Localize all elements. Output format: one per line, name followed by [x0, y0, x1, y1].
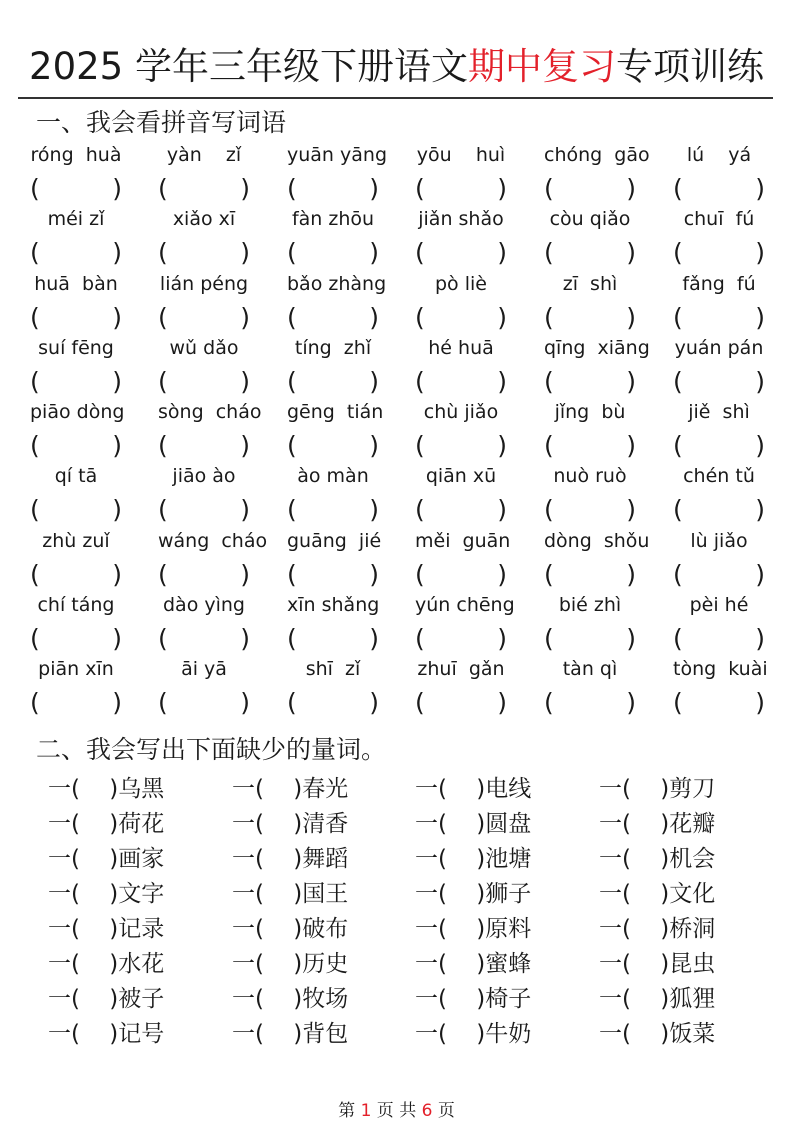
measure-word-noun: 乌黑 [118, 776, 164, 802]
answer-blank-open[interactable]: ( [415, 623, 425, 655]
answer-blank-open[interactable]: ( [673, 173, 683, 205]
pinyin-row: suí fēng()wǔ dǎo()tíng zhǐ()hé huā()qīng… [0, 333, 793, 397]
answer-blank-open[interactable]: ( [287, 559, 297, 591]
pinyin-text: āi yā [158, 656, 250, 682]
answer-blank-close[interactable]: ) [626, 687, 636, 719]
answer-blank-close[interactable]: ) [112, 366, 122, 398]
pinyin-item: qīng xiāng() [544, 333, 636, 397]
measure-word-noun: 记号 [118, 1021, 164, 1047]
pinyin-text: piān xīn [30, 656, 122, 682]
measure-word-noun: 牧场 [302, 986, 348, 1012]
measure-word-noun: 记录 [118, 916, 164, 942]
pinyin-item: sòng cháo() [158, 397, 250, 461]
pinyin-text: pò liè [415, 271, 507, 297]
answer-blank-open[interactable]: ( [158, 302, 168, 334]
answer-blank-open[interactable]: ( [544, 173, 554, 205]
pinyin-item: pò liè() [415, 269, 507, 333]
measure-word-blank[interactable]: 一( ) [232, 811, 302, 837]
answer-blank-open[interactable]: ( [287, 430, 297, 462]
answer-blank-open[interactable]: ( [30, 173, 40, 205]
answer-blank-close[interactable]: ) [112, 430, 122, 462]
pinyin-text: huā bàn [30, 271, 122, 297]
measure-word-noun: 国王 [302, 881, 348, 907]
answer-blank-close[interactable]: ) [240, 559, 250, 591]
measure-word-blank[interactable]: 一( ) [599, 846, 669, 872]
pinyin-text: ào màn [287, 463, 379, 489]
measure-word-item[interactable]: 一( )被子 [48, 982, 164, 1016]
answer-blank-close[interactable]: ) [626, 623, 636, 655]
answer-blank-close[interactable]: ) [369, 623, 379, 655]
answer-blank-close[interactable]: ) [626, 366, 636, 398]
pinyin-text: měi guān [415, 528, 507, 554]
pinyin-text: lù jiǎo [673, 528, 765, 554]
answer-blank-close[interactable]: ) [112, 173, 122, 205]
answer-blank-close[interactable]: ) [497, 623, 507, 655]
answer-blank-open[interactable]: ( [30, 559, 40, 591]
pinyin-text: shī zǐ [287, 656, 379, 682]
measure-word-noun: 狐狸 [669, 986, 715, 1012]
pinyin-item: dòng shǒu() [544, 526, 636, 590]
measure-word-item[interactable]: 一( )饭菜 [599, 1017, 715, 1051]
answer-blank-open[interactable]: ( [544, 623, 554, 655]
pinyin-item: nuò ruò() [544, 461, 636, 525]
pinyin-item: wǔ dǎo() [158, 333, 250, 397]
answer-blank-open[interactable]: ( [158, 173, 168, 205]
pinyin-item: tíng zhǐ() [287, 333, 379, 397]
answer-blank-open[interactable]: ( [158, 237, 168, 269]
answer-blank-open[interactable]: ( [673, 366, 683, 398]
measure-word-noun: 椅子 [485, 986, 531, 1012]
measure-word-blank[interactable]: 一( ) [599, 951, 669, 977]
page-footer: 第 1 页 共 6 页 [0, 1099, 793, 1122]
measure-word-blank[interactable]: 一( ) [48, 916, 118, 942]
answer-blank-open[interactable]: ( [673, 237, 683, 269]
pinyin-text: qīng xiāng [544, 335, 636, 361]
answer-blank-open[interactable]: ( [415, 430, 425, 462]
pinyin-item: fàn zhōu() [287, 204, 379, 268]
measure-word-noun: 饭菜 [669, 1021, 715, 1047]
measure-word-blank[interactable]: 一( ) [48, 846, 118, 872]
pinyin-item: jiāo ào() [158, 461, 250, 525]
answer-blank-close[interactable]: ) [497, 430, 507, 462]
measure-word-noun: 文字 [118, 881, 164, 907]
measure-word-noun: 花瓣 [669, 811, 715, 837]
answer-blank-close[interactable]: ) [112, 302, 122, 334]
measure-word-blank[interactable]: 一( ) [232, 881, 302, 907]
pinyin-text: jiāo ào [158, 463, 250, 489]
total-pages: 6 [422, 1101, 433, 1121]
pinyin-text: còu qiǎo [544, 206, 636, 232]
answer-blank-close[interactable]: ) [369, 494, 379, 526]
measure-word-item[interactable]: 一( )记录 [48, 912, 164, 946]
answer-blank-close[interactable]: ) [112, 623, 122, 655]
pinyin-text: chí táng [30, 592, 122, 618]
answer-blank-close[interactable]: ) [755, 623, 765, 655]
answer-blank-open[interactable]: ( [415, 173, 425, 205]
pinyin-text: guāng jié [287, 528, 379, 554]
measure-word-item[interactable]: 一( )荷花 [48, 807, 164, 841]
answer-blank-open[interactable]: ( [415, 494, 425, 526]
answer-blank-close[interactable]: ) [497, 366, 507, 398]
answer-blank-open[interactable]: ( [673, 559, 683, 591]
answer-blank-open[interactable]: ( [673, 302, 683, 334]
answer-blank-close[interactable]: ) [497, 302, 507, 334]
answer-blank-close[interactable]: ) [369, 237, 379, 269]
pinyin-text: qiān xū [415, 463, 507, 489]
measure-word-item[interactable]: 一( )乌黑 [48, 772, 164, 806]
answer-blank-open[interactable]: ( [30, 366, 40, 398]
pinyin-item: chuī fú() [673, 204, 765, 268]
pinyin-text: fàn zhōu [287, 206, 379, 232]
measure-word-item[interactable]: 一( )狐狸 [599, 982, 715, 1016]
measure-word-blank[interactable]: 一( ) [599, 1021, 669, 1047]
pinyin-text: wǔ dǎo [158, 335, 250, 361]
answer-blank-open[interactable]: ( [30, 494, 40, 526]
measure-word-noun: 原料 [485, 916, 531, 942]
answer-blank-open[interactable]: ( [287, 366, 297, 398]
measure-word-noun: 剪刀 [669, 776, 715, 802]
measure-word-item[interactable]: 一( )记号 [48, 1017, 164, 1051]
answer-blank-open[interactable]: ( [158, 430, 168, 462]
answer-blank-open[interactable]: ( [287, 237, 297, 269]
pinyin-item: jiǎn shǎo() [415, 204, 507, 268]
measure-word-blank[interactable]: 一( ) [599, 881, 669, 907]
measure-word-item[interactable]: 一( )电线 [415, 772, 531, 806]
pinyin-text: sòng cháo [158, 399, 250, 425]
answer-blank-close[interactable]: ) [369, 302, 379, 334]
pinyin-text: dòng shǒu [544, 528, 636, 554]
answer-blank-close[interactable]: ) [755, 366, 765, 398]
measure-word-noun: 春光 [302, 776, 348, 802]
answer-blank-close[interactable]: ) [626, 559, 636, 591]
answer-blank-open[interactable]: ( [287, 302, 297, 334]
pinyin-item: méi zǐ() [30, 204, 122, 268]
measure-word-item[interactable]: 一( )桥洞 [599, 912, 715, 946]
measure-word-item[interactable]: 一( )圆盘 [415, 807, 531, 841]
answer-blank-open[interactable]: ( [415, 687, 425, 719]
answer-blank-open[interactable]: ( [673, 623, 683, 655]
pinyin-text: chuī fú [673, 206, 765, 232]
answer-blank-open[interactable]: ( [158, 687, 168, 719]
measure-word-blank[interactable]: 一( ) [48, 1021, 118, 1047]
answer-blank-close[interactable]: ) [369, 559, 379, 591]
measure-word-noun: 文化 [669, 881, 715, 907]
measure-word-item[interactable]: 一( )花瓣 [599, 807, 715, 841]
answer-blank-open[interactable]: ( [544, 366, 554, 398]
pinyin-item: měi guān() [415, 526, 507, 590]
measure-word-blank[interactable]: 一( ) [415, 1021, 485, 1047]
answer-blank-open[interactable]: ( [30, 687, 40, 719]
measure-word-blank[interactable]: 一( ) [415, 776, 485, 802]
measure-word-item[interactable]: 一( )破布 [232, 912, 348, 946]
answer-blank-open[interactable]: ( [287, 623, 297, 655]
answer-blank-close[interactable]: ) [626, 173, 636, 205]
pinyin-text: jǐng bù [544, 399, 636, 425]
answer-blank-open[interactable]: ( [544, 559, 554, 591]
pinyin-row: piāo dòng()sòng cháo()gēng tián()chù jiǎ… [0, 397, 793, 461]
measure-word-item[interactable]: 一( )牛奶 [415, 1017, 531, 1051]
measure-word-noun: 背包 [302, 1021, 348, 1047]
answer-blank-close[interactable]: ) [369, 687, 379, 719]
pinyin-item: dào yìng() [158, 590, 250, 654]
pinyin-item: chén tǔ() [673, 461, 765, 525]
answer-blank-open[interactable]: ( [415, 302, 425, 334]
pinyin-text: zhù zuǐ [30, 528, 122, 554]
measure-word-item[interactable]: 一( )原料 [415, 912, 531, 946]
measure-word-blank[interactable]: 一( ) [599, 986, 669, 1012]
pinyin-item: bié zhì() [544, 590, 636, 654]
pinyin-item: zī shì() [544, 269, 636, 333]
answer-blank-open[interactable]: ( [544, 302, 554, 334]
measure-word-blank[interactable]: 一( ) [232, 986, 302, 1012]
answer-blank-close[interactable]: ) [626, 302, 636, 334]
pinyin-item: suí fēng() [30, 333, 122, 397]
pinyin-item: yún chēng() [415, 590, 507, 654]
measure-word-blank[interactable]: 一( ) [48, 881, 118, 907]
answer-blank-open[interactable]: ( [544, 430, 554, 462]
pinyin-item: hé huā() [415, 333, 507, 397]
pinyin-text: xiǎo xī [158, 206, 250, 232]
answer-blank-close[interactable]: ) [755, 430, 765, 462]
answer-blank-close[interactable]: ) [240, 687, 250, 719]
measure-word-item[interactable]: 一( )池塘 [415, 842, 531, 876]
answer-blank-close[interactable]: ) [240, 623, 250, 655]
pinyin-text: méi zǐ [30, 206, 122, 232]
pinyin-item: piāo dòng() [30, 397, 122, 461]
measure-word-noun: 水花 [118, 951, 164, 977]
measure-word-blank[interactable]: 一( ) [415, 916, 485, 942]
pinyin-item: āi yā() [158, 654, 250, 718]
measure-word-blank[interactable]: 一( ) [48, 986, 118, 1012]
answer-blank-open[interactable]: ( [673, 494, 683, 526]
measure-word-item[interactable]: 一( )狮子 [415, 877, 531, 911]
measure-word-noun: 电线 [485, 776, 531, 802]
pinyin-item: qí tā() [30, 461, 122, 525]
answer-blank-close[interactable]: ) [755, 687, 765, 719]
pinyin-item: xīn shǎng() [287, 590, 379, 654]
measure-word-noun: 桥洞 [669, 916, 715, 942]
measure-word-item[interactable]: 一( )椅子 [415, 982, 531, 1016]
pinyin-text: zī shì [544, 271, 636, 297]
page-title: 2025 学年三年级下册语文期中复习专项训练 [0, 42, 793, 92]
answer-blank-close[interactable]: ) [240, 430, 250, 462]
title-part1: 2025 学年三年级下册语文 [29, 45, 468, 88]
section2-heading: 二、我会写出下面缺少的量词。 [36, 733, 386, 767]
measure-word-item[interactable]: 一( )清香 [232, 807, 348, 841]
measure-word-blank[interactable]: 一( ) [48, 776, 118, 802]
measure-word-noun: 昆虫 [669, 951, 715, 977]
measure-word-blank[interactable]: 一( ) [415, 951, 485, 977]
answer-blank-close[interactable]: ) [497, 173, 507, 205]
pinyin-item: pèi hé() [673, 590, 765, 654]
answer-blank-open[interactable]: ( [544, 494, 554, 526]
measure-word-noun: 机会 [669, 846, 715, 872]
answer-blank-close[interactable]: ) [240, 237, 250, 269]
measure-word-item[interactable]: 一( )机会 [599, 842, 715, 876]
measure-word-noun: 破布 [302, 916, 348, 942]
title-divider [18, 97, 773, 99]
answer-blank-close[interactable]: ) [755, 559, 765, 591]
answer-blank-open[interactable]: ( [287, 173, 297, 205]
answer-blank-close[interactable]: ) [240, 494, 250, 526]
pinyin-text: róng huà [30, 142, 122, 168]
pinyin-item: yōu huì() [415, 140, 507, 204]
pinyin-text: qí tā [30, 463, 122, 489]
answer-blank-open[interactable]: ( [544, 237, 554, 269]
answer-blank-close[interactable]: ) [112, 237, 122, 269]
measure-word-blank[interactable]: 一( ) [232, 1021, 302, 1047]
footer-text: 页 共 [371, 1101, 421, 1121]
answer-blank-close[interactable]: ) [369, 366, 379, 398]
pinyin-item: chù jiǎo() [415, 397, 507, 461]
measure-word-item[interactable]: 一( )春光 [232, 772, 348, 806]
answer-blank-open[interactable]: ( [287, 494, 297, 526]
pinyin-item: guāng jié() [287, 526, 379, 590]
answer-blank-close[interactable]: ) [626, 494, 636, 526]
pinyin-row: chí táng()dào yìng()xīn shǎng()yún chēng… [0, 590, 793, 654]
pinyin-row: qí tā()jiāo ào()ào màn()qiān xū()nuò ruò… [0, 461, 793, 525]
pinyin-item: ào màn() [287, 461, 379, 525]
answer-blank-close[interactable]: ) [240, 173, 250, 205]
answer-blank-close[interactable]: ) [240, 302, 250, 334]
pinyin-item: qiān xū() [415, 461, 507, 525]
pinyin-text: zhuī gǎn [415, 656, 507, 682]
answer-blank-close[interactable]: ) [369, 173, 379, 205]
answer-blank-close[interactable]: ) [626, 237, 636, 269]
answer-blank-open[interactable]: ( [673, 430, 683, 462]
measure-word-item[interactable]: 一( )背包 [232, 1017, 348, 1051]
pinyin-item: zhuī gǎn() [415, 654, 507, 718]
measure-word-noun: 被子 [118, 986, 164, 1012]
measure-word-noun: 圆盘 [485, 811, 531, 837]
pinyin-item: chóng gāo() [544, 140, 636, 204]
pinyin-text: bǎo zhàng [287, 271, 379, 297]
pinyin-text: lú yá [673, 142, 765, 168]
pinyin-item: tòng kuài() [673, 654, 765, 718]
pinyin-item: gēng tián() [287, 397, 379, 461]
pinyin-item: bǎo zhàng() [287, 269, 379, 333]
pinyin-text: yàn zǐ [158, 142, 250, 168]
answer-blank-close[interactable]: ) [240, 366, 250, 398]
answer-blank-close[interactable]: ) [755, 494, 765, 526]
answer-blank-close[interactable]: ) [112, 687, 122, 719]
pinyin-text: gēng tián [287, 399, 379, 425]
measure-word-blank[interactable]: 一( ) [415, 811, 485, 837]
measure-word-item[interactable]: 一( )画家 [48, 842, 164, 876]
measure-word-item[interactable]: 一( )水花 [48, 947, 164, 981]
answer-blank-close[interactable]: ) [497, 559, 507, 591]
answer-blank-close[interactable]: ) [497, 494, 507, 526]
measure-word-item[interactable]: 一( )国王 [232, 877, 348, 911]
measure-word-blank[interactable]: 一( ) [48, 811, 118, 837]
pinyin-item: zhù zuǐ() [30, 526, 122, 590]
measure-word-blank[interactable]: 一( ) [599, 916, 669, 942]
measure-word-item[interactable]: 一( )剪刀 [599, 772, 715, 806]
measure-word-item[interactable]: 一( )舞蹈 [232, 842, 348, 876]
answer-blank-open[interactable]: ( [30, 302, 40, 334]
answer-blank-open[interactable]: ( [158, 559, 168, 591]
answer-blank-open[interactable]: ( [158, 494, 168, 526]
current-page: 1 [361, 1101, 372, 1121]
pinyin-item: tàn qì() [544, 654, 636, 718]
pinyin-item: róng huà() [30, 140, 122, 204]
answer-blank-open[interactable]: ( [544, 687, 554, 719]
section1-heading: 一、我会看拼音写词语 [36, 106, 286, 140]
answer-blank-open[interactable]: ( [287, 687, 297, 719]
answer-blank-close[interactable]: ) [497, 237, 507, 269]
pinyin-text: bié zhì [544, 592, 636, 618]
answer-blank-close[interactable]: ) [112, 494, 122, 526]
measure-word-blank[interactable]: 一( ) [415, 881, 485, 907]
answer-blank-close[interactable]: ) [497, 687, 507, 719]
measure-word-blank[interactable]: 一( ) [232, 846, 302, 872]
answer-blank-close[interactable]: ) [755, 173, 765, 205]
measure-word-blank[interactable]: 一( ) [232, 916, 302, 942]
measure-word-noun: 蜜蜂 [485, 951, 531, 977]
answer-blank-open[interactable]: ( [30, 623, 40, 655]
pinyin-text: piāo dòng [30, 399, 122, 425]
answer-blank-close[interactable]: ) [626, 430, 636, 462]
answer-blank-close[interactable]: ) [755, 237, 765, 269]
measure-word-noun: 池塘 [485, 846, 531, 872]
title-part2: 专项训练 [616, 45, 764, 88]
pinyin-grid: róng huà()yàn zǐ()yuān yāng()yōu huì()ch… [0, 140, 793, 719]
pinyin-item: piān xīn() [30, 654, 122, 718]
pinyin-item: huā bàn() [30, 269, 122, 333]
pinyin-row: méi zǐ()xiǎo xī()fàn zhōu()jiǎn shǎo()cò… [0, 204, 793, 268]
pinyin-item: fǎng fú() [673, 269, 765, 333]
answer-blank-close[interactable]: ) [755, 302, 765, 334]
measure-word-item[interactable]: 一( )历史 [232, 947, 348, 981]
pinyin-item: chí táng() [30, 590, 122, 654]
pinyin-text: hé huā [415, 335, 507, 361]
measure-word-blank[interactable]: 一( ) [415, 846, 485, 872]
measure-word-item[interactable]: 一( )文化 [599, 877, 715, 911]
measure-word-blank[interactable]: 一( ) [599, 776, 669, 802]
pinyin-row: piān xīn()āi yā()shī zǐ()zhuī gǎn()tàn q… [0, 654, 793, 718]
answer-blank-open[interactable]: ( [415, 559, 425, 591]
pinyin-text: chóng gāo [544, 142, 636, 168]
pinyin-item: jiě shì() [673, 397, 765, 461]
measure-word-blank[interactable]: 一( ) [599, 811, 669, 837]
measure-word-item[interactable]: 一( )牧场 [232, 982, 348, 1016]
measure-word-item[interactable]: 一( )蜜蜂 [415, 947, 531, 981]
answer-blank-close[interactable]: ) [112, 559, 122, 591]
answer-blank-close[interactable]: ) [369, 430, 379, 462]
answer-blank-open[interactable]: ( [30, 237, 40, 269]
pinyin-item: wáng cháo() [158, 526, 250, 590]
answer-blank-open[interactable]: ( [415, 237, 425, 269]
measure-word-blank[interactable]: 一( ) [232, 776, 302, 802]
answer-blank-open[interactable]: ( [415, 366, 425, 398]
pinyin-text: yún chēng [415, 592, 507, 618]
pinyin-row: zhù zuǐ()wáng cháo()guāng jié()měi guān(… [0, 526, 793, 590]
pinyin-text: nuò ruò [544, 463, 636, 489]
answer-blank-open[interactable]: ( [158, 623, 168, 655]
pinyin-item: xiǎo xī() [158, 204, 250, 268]
pinyin-text: wáng cháo [158, 528, 250, 554]
pinyin-item: yàn zǐ() [158, 140, 250, 204]
measure-word-blank[interactable]: 一( ) [415, 986, 485, 1012]
measure-word-item[interactable]: 一( )文字 [48, 877, 164, 911]
measure-word-blank[interactable]: 一( ) [48, 951, 118, 977]
measure-word-item[interactable]: 一( )昆虫 [599, 947, 715, 981]
pinyin-text: jiě shì [673, 399, 765, 425]
answer-blank-open[interactable]: ( [30, 430, 40, 462]
answer-blank-open[interactable]: ( [673, 687, 683, 719]
measure-word-blank[interactable]: 一( ) [232, 951, 302, 977]
answer-blank-open[interactable]: ( [158, 366, 168, 398]
